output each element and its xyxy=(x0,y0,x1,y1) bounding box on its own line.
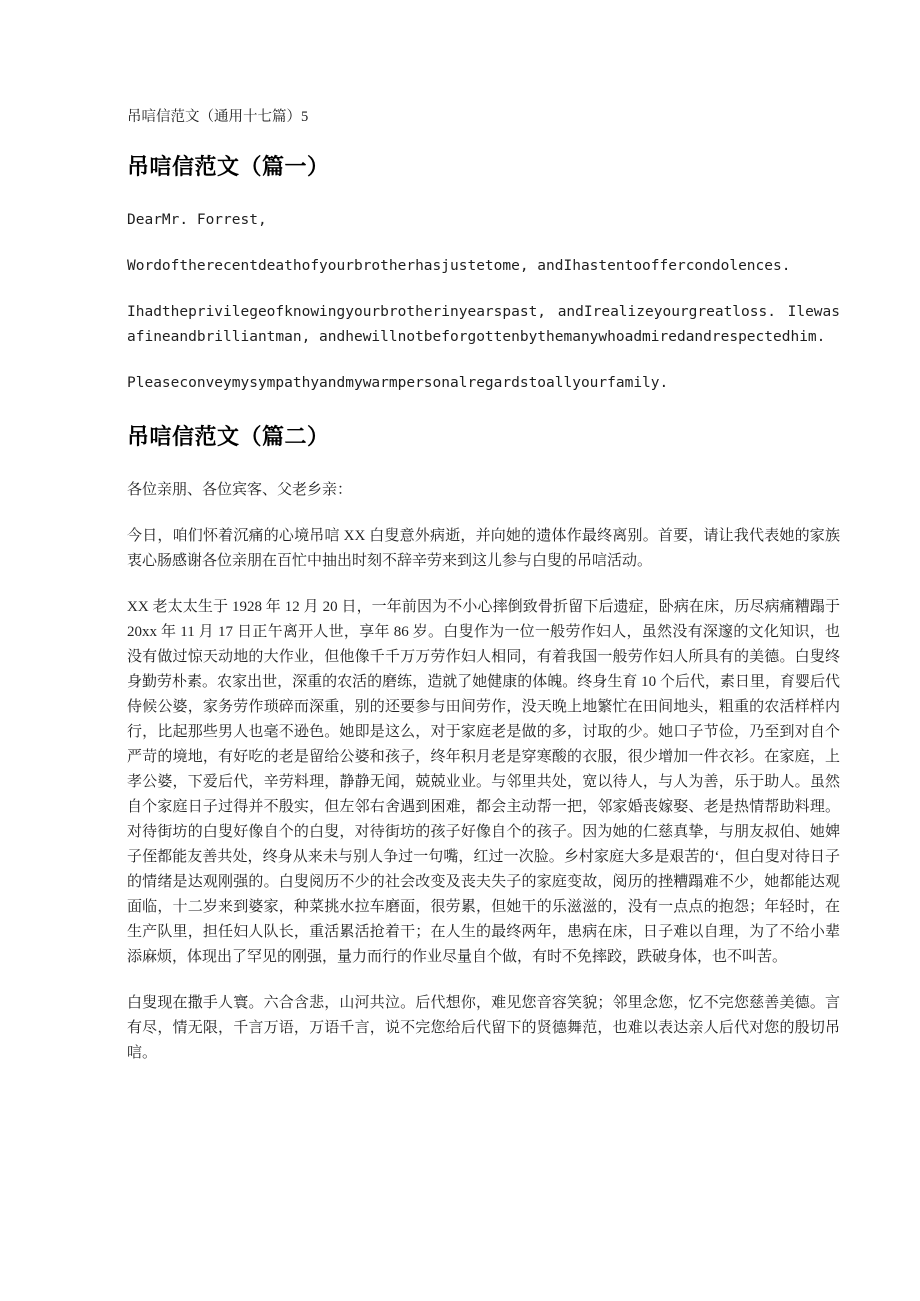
section-1-heading: 吊唁信范文（篇一） xyxy=(127,154,840,180)
section-1-paragraph-2: Ihadtheprivilegeofknowingyourbrotherinye… xyxy=(127,300,840,350)
section-1-paragraph-1: Wordoftherecentdeathofyourbrotherhasjust… xyxy=(127,254,840,279)
section-2-paragraph-1: 今日，咱们怀着沉痛的心境吊唁 XX 白叟意外病逝，并向她的遗体作最终离别。首要，… xyxy=(127,524,840,574)
document-header-line: 吊唁信范文（通用十七篇）5 xyxy=(127,108,840,126)
section-1-paragraph-salutation: DearMr. Forrest, xyxy=(127,208,840,233)
section-2-heading: 吊唁信范文（篇二） xyxy=(127,424,840,450)
section-1-paragraph-3: Pleaseconveymysympathyandmywarmpersonalr… xyxy=(127,371,840,396)
section-2-paragraph-salutation: 各位亲朋、各位宾客、父老乡亲： xyxy=(127,478,840,503)
document-page: 吊唁信范文（通用十七篇）5 吊唁信范文（篇一） DearMr. Forrest,… xyxy=(0,0,920,1301)
section-2-paragraph-3: 白叟现在撒手人寰。六合含悲，山河共泣。后代想你，难见您音容笑貌；邻里念您，忆不完… xyxy=(127,991,840,1066)
section-2-paragraph-2: XX 老太太生于 1928 年 12 月 20 日，一年前因为不小心摔倒致骨折留… xyxy=(127,595,840,970)
